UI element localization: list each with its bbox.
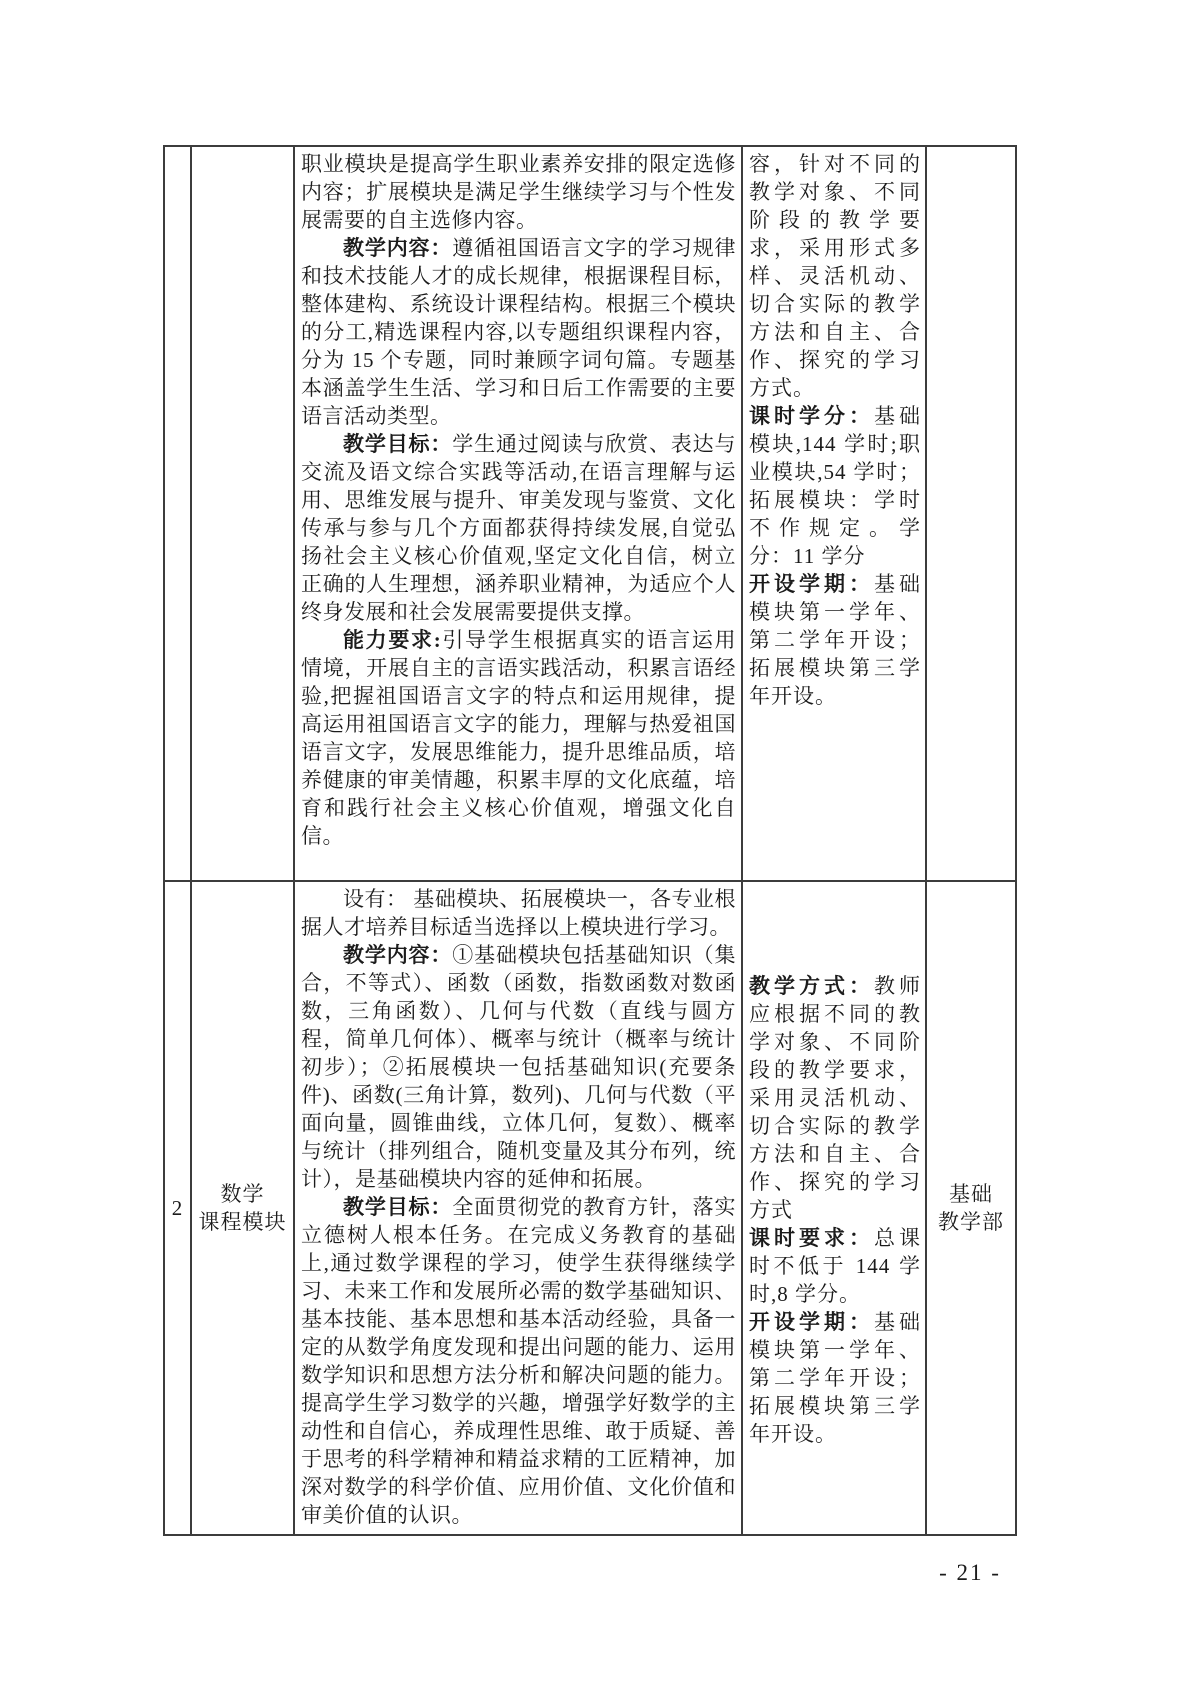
curriculum-table: 职业模块是提高学生职业素养安排的限定选修内容；扩展模块是满足学生继续学习与个性发… [163, 145, 1017, 1536]
teaching-paragraph: 课时学分：基础模块,144 学时;职业模块,54 学时；拓展模块：学时不作规定。… [749, 402, 921, 570]
paragraph-label: 课时学分： [749, 404, 874, 428]
paragraph-label: 开设学期： [749, 572, 874, 596]
paragraph-text: 引导学生根据真实的语言运用情境，开展自主的言语实践活动，积累言语经验,把握祖国语… [301, 628, 736, 848]
row2-department-cell: 基础 教学部 [927, 882, 1015, 1534]
description-paragraph: 能力要求:引导学生根据真实的语言运用情境，开展自主的言语实践活动，积累言语经验,… [301, 626, 736, 850]
paragraph-text: 基础模块,144 学时;职业模块,54 学时；拓展模块：学时不作规定。学分：11… [749, 404, 921, 568]
row1-department-cell [927, 147, 1015, 882]
row2-teaching-cell: 教学方式：教师应根据不同的教学对象、不同阶段的教学要求，采用灵活机动、切合实际的… [743, 882, 927, 1534]
row1-description-cell: 职业模块是提高学生职业素养安排的限定选修内容；扩展模块是满足学生继续学习与个性发… [295, 147, 743, 882]
row1-teaching-cell: 容，针对不同的教学对象、不同阶段的教学要求，采用形式多样、灵活机动、切合实际的教… [743, 147, 927, 882]
page-number: - 21 - [912, 1560, 1028, 1586]
description-paragraph: 职业模块是提高学生职业素养安排的限定选修内容；扩展模块是满足学生继续学习与个性发… [301, 150, 736, 234]
description-paragraph: 教学内容：①基础模块包括基础知识（集合，不等式）、函数（函数，指数函数对数函数，… [301, 941, 736, 1193]
paragraph-label: 课时要求： [749, 1226, 874, 1250]
row1-course-cell [192, 147, 295, 882]
row2-course-cell: 数学 课程模块 [192, 882, 295, 1534]
paragraph-label: 教学方式： [749, 974, 874, 998]
teaching-paragraph: 容，针对不同的教学对象、不同阶段的教学要求，采用形式多样、灵活机动、切合实际的教… [749, 150, 921, 402]
row2-seq-cell: 2 [165, 882, 192, 1534]
paragraph-text: ①基础模块包括基础知识（集合，不等式）、函数（函数，指数函数对数函数，三角函数）… [301, 943, 736, 1191]
description-paragraph: 设有： 基础模块、拓展模块一，各专业根据人才培养目标适当选择以上模块进行学习。 [301, 885, 736, 941]
paragraph-label: 教学内容： [343, 943, 452, 967]
description-paragraph: 教学内容：遵循祖国语言文字的学习规律和技术技能人才的成长规律，根据课程目标，整体… [301, 234, 736, 430]
paragraph-label: 能力要求: [343, 628, 441, 652]
course-name-line: 课程模块 [199, 1208, 287, 1236]
description-paragraph: 教学目标：学生通过阅读与欣赏、表达与交流及语文综合实践等活动,在语言理解与运用、… [301, 430, 736, 626]
row-seq: 2 [172, 1194, 184, 1222]
teaching-paragraph: 课时要求：总课时不低于 144 学时,8 学分。 [749, 1224, 921, 1308]
course-name-line: 数学 [221, 1180, 265, 1208]
row2-description-cell: 设有： 基础模块、拓展模块一，各专业根据人才培养目标适当选择以上模块进行学习。 … [295, 882, 743, 1534]
teaching-paragraph: 开设学期：基础模块第一学年、第二学年开设；拓展模块第三学年开设。 [749, 570, 921, 710]
paragraph-label: 教学内容： [343, 236, 452, 260]
paragraph-label: 教学目标： [343, 1195, 452, 1219]
department-line: 教学部 [938, 1208, 1004, 1236]
description-paragraph: 教学目标：全面贯彻党的教育方针，落实立德树人根本任务。在完成义务教育的基础上,通… [301, 1193, 736, 1529]
paragraph-label: 教学目标： [343, 432, 452, 456]
paragraph-text: 容，针对不同的教学对象、不同阶段的教学要求，采用形式多样、灵活机动、切合实际的教… [749, 152, 921, 400]
paragraph-text: 职业模块是提高学生职业素养安排的限定选修内容；扩展模块是满足学生继续学习与个性发… [301, 152, 736, 232]
paragraph-text: 全面贯彻党的教育方针，落实立德树人根本任务。在完成义务教育的基础上,通过数学课程… [301, 1195, 736, 1527]
teaching-paragraph: 开设学期：基础模块第一学年、第二学年开设；拓展模块第三学年开设。 [749, 1308, 921, 1448]
paragraph-text: 设有： 基础模块、拓展模块一，各专业根据人才培养目标适当选择以上模块进行学习。 [301, 887, 736, 939]
row1-seq-cell [165, 147, 192, 882]
paragraph-text: 学生通过阅读与欣赏、表达与交流及语文综合实践等活动,在语言理解与运用、思维发展与… [301, 432, 736, 624]
paragraph-text: 遵循祖国语言文字的学习规律和技术技能人才的成长规律，根据课程目标，整体建构、系统… [301, 236, 736, 428]
paragraph-text: 教师应根据不同的教学对象、不同阶段的教学要求，采用灵活机动、切合实际的教学方法和… [749, 974, 921, 1222]
paragraph-label: 开设学期： [749, 1310, 874, 1334]
teaching-paragraph: 教学方式：教师应根据不同的教学对象、不同阶段的教学要求，采用灵活机动、切合实际的… [749, 972, 921, 1224]
department-line: 基础 [949, 1180, 993, 1208]
